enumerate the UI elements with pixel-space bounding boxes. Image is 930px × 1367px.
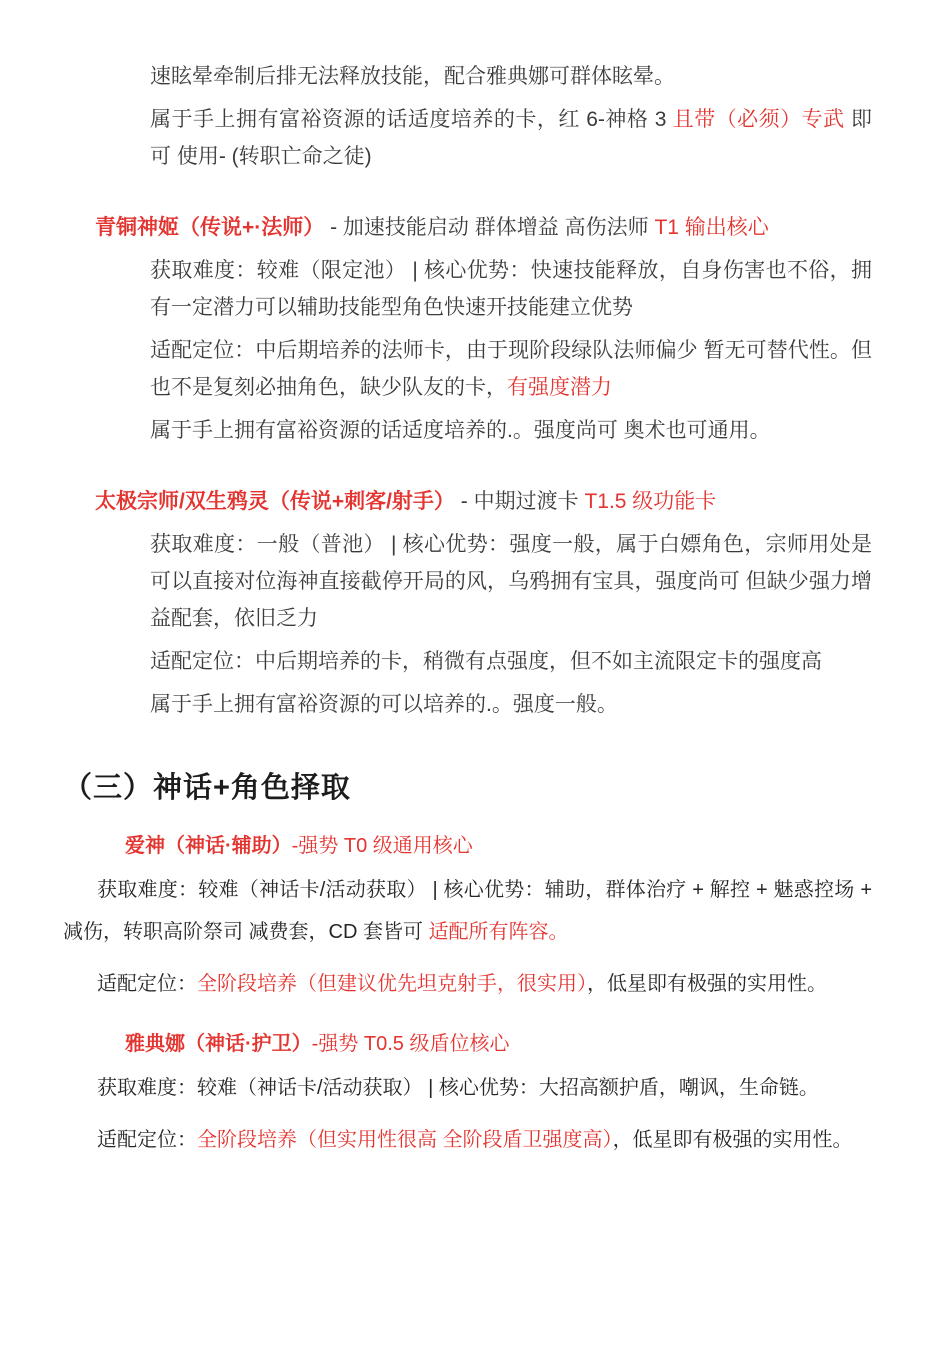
legend-cards-section: 速眩晕牵制后排无法释放技能，配合雅典娜可群体眩晕。 属于手上拥有富裕资源的话适度… xyxy=(63,58,872,723)
paragraph-bronze-position: 适配定位：中后期培养的法师卡，由于现阶段绿队法师偏少 暂无可替代性。但也不是复刻… xyxy=(150,332,872,406)
tier-label-t15: T1.5 级功能卡 xyxy=(584,490,716,513)
paragraph-taiji-position: 适配定位：中后期培养的卡，稍微有点强度，但不如主流限定卡的强度高 xyxy=(150,643,872,680)
heading-descriptor: - 加速技能启动 群体增益 高伤法师 xyxy=(324,216,654,239)
text-run: ，低星即有极强的实用性。 xyxy=(613,1129,853,1151)
character-name-taiji: 太极宗师/双生鸦灵（传说+刺客/射手） xyxy=(95,490,455,513)
character-name-bronze: 青铜神姬（传说+·法师） xyxy=(95,216,324,239)
character-name-athena: 雅典娜（神话·护卫） xyxy=(125,1033,312,1055)
highlight-fits-all-lineups: 适配所有阵容。 xyxy=(429,921,569,943)
paragraph-aishen-difficulty: 获取难度：较难（神话卡/活动获取） | 核心优势：辅助，群体治疗 + 解控 + … xyxy=(63,869,872,953)
highlight-all-stage-training: 全阶段培养（但建议优先坦克射手，很实用） xyxy=(197,973,587,995)
paragraph-taiji-resource: 属于手上拥有富裕资源的可以培养的.。强度一般。 xyxy=(150,686,872,723)
heading-athena: 雅典娜（神话·护卫）-强势 T0.5 级盾位核心 xyxy=(125,1023,872,1065)
document-page: 速眩晕牵制后排无法释放技能，配合雅典娜可群体眩晕。 属于手上拥有富裕资源的话适度… xyxy=(0,0,930,1367)
paragraph-bronze-difficulty: 获取难度：较难（限定池） | 核心优势：快速技能释放，自身伤害也不俗，拥有一定潜… xyxy=(150,252,872,326)
heading-taiji-master: 太极宗师/双生鸦灵（传说+刺客/射手） - 中期过渡卡 T1.5 级功能卡 xyxy=(95,483,872,520)
paragraph-athena-difficulty: 获取难度：较难（神话卡/活动获取） | 核心优势：大招高额护盾，嘲讽，生命链。 xyxy=(63,1067,872,1109)
highlight-must-weapon: 且带（必须）专武 xyxy=(673,108,845,131)
paragraph-resource-advice: 属于手上拥有富裕资源的话适度培养的卡，红 6-神格 3 且带（必须）专武 即可 … xyxy=(150,101,872,175)
tier-label-t0: -强势 T0 级通用核心 xyxy=(292,835,473,857)
tier-label-t05: -强势 T0.5 级盾位核心 xyxy=(312,1033,510,1055)
heading-aishen: 爱神（神话·辅助）-强势 T0 级通用核心 xyxy=(125,825,872,867)
paragraph-stun-note: 速眩晕牵制后排无法释放技能，配合雅典娜可群体眩晕。 xyxy=(150,58,872,95)
text-run: 属于手上拥有富裕资源的话适度培养的卡，红 6-神格 3 xyxy=(150,108,673,131)
highlight-strength-potential: 有强度潜力 xyxy=(507,376,612,399)
heading-descriptor: - 中期过渡卡 xyxy=(455,490,585,513)
mythic-cards-section: 爱神（神话·辅助）-强势 T0 级通用核心 获取难度：较难（神话卡/活动获取） … xyxy=(63,825,872,1161)
tier-label-t1: T1 输出核心 xyxy=(654,216,768,239)
chapter-heading-mythic-selection: （三）神话+角色择取 xyxy=(63,769,872,807)
heading-bronze-goddess: 青铜神姬（传说+·法师） - 加速技能启动 群体增益 高伤法师 T1 输出核心 xyxy=(95,209,872,246)
paragraph-taiji-difficulty: 获取难度：一般（普池） | 核心优势：强度一般，属于白嫖角色，宗师用处是可以直接… xyxy=(150,526,872,637)
paragraph-aishen-position: 适配定位：全阶段培养（但建议优先坦克射手，很实用），低星即有极强的实用性。 xyxy=(63,963,872,1005)
character-name-aishen: 爱神（神话·辅助） xyxy=(125,835,292,857)
paragraph-bronze-resource: 属于手上拥有富裕资源的话适度培养的.。强度尚可 奥术也可通用。 xyxy=(150,412,872,449)
text-run: ，低星即有极强的实用性。 xyxy=(587,973,827,995)
highlight-all-stage-shield: 全阶段培养（但实用性很高 全阶段盾卫强度高） xyxy=(197,1129,613,1151)
text-run: 适配定位： xyxy=(97,973,197,995)
paragraph-athena-position: 适配定位：全阶段培养（但实用性很高 全阶段盾卫强度高），低星即有极强的实用性。 xyxy=(63,1119,872,1161)
text-run: 适配定位： xyxy=(97,1129,197,1151)
